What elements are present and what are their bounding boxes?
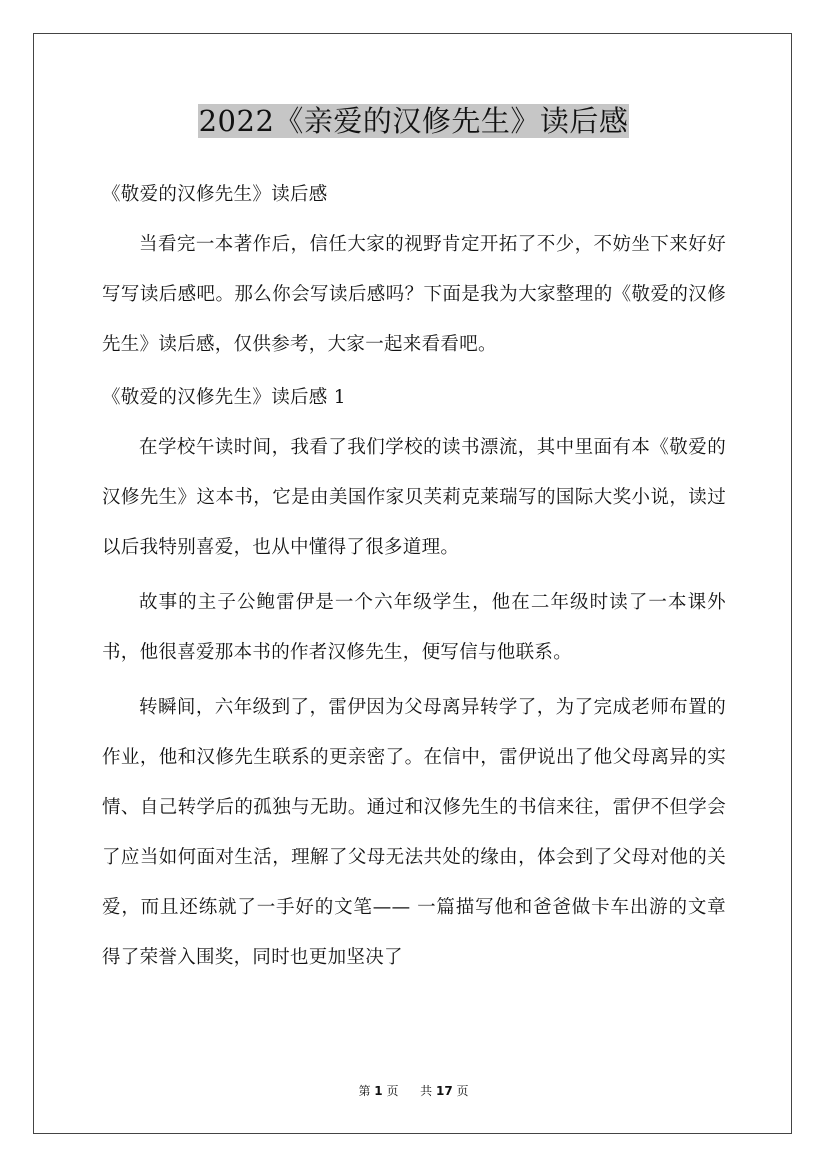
intro-paragraph: 当看完一本著作后，信任大家的视野肯定开拓了不少，不妨坐下来好好写写读后感吧。那么… bbox=[102, 220, 726, 370]
total-suffix: 页 bbox=[457, 1084, 469, 1098]
section-heading: 《敬爱的汉修先生》读后感 bbox=[102, 172, 726, 218]
section-heading: 《敬爱的汉修先生》读后感 1 bbox=[102, 375, 726, 421]
body-paragraph: 转瞬间，六年级到了，雷伊因为父母离异转学了，为了完成老师布置的作业，他和汉修先生… bbox=[102, 683, 726, 983]
page-prefix: 第 bbox=[358, 1084, 370, 1098]
body-paragraph: 故事的主子公鲍雷伊是一个六年级学生，他在二年级时读了一本课外书，他很喜爱那本书的… bbox=[102, 578, 726, 678]
page-footer: 第 1 页 共 17 页 bbox=[0, 1082, 827, 1099]
page-suffix: 页 bbox=[386, 1084, 398, 1098]
total-prefix: 共 bbox=[420, 1084, 432, 1098]
document-title: 2022《亲爱的汉修先生》读后感 bbox=[0, 102, 827, 141]
body-paragraph: 在学校午读时间，我看了我们学校的读书漂流，其中里面有本《敬爱的汉修先生》这本书，… bbox=[102, 423, 726, 573]
total-pages: 17 bbox=[436, 1084, 453, 1098]
document-body: 《敬爱的汉修先生》读后感 当看完一本著作后，信任大家的视野肯定开拓了不少，不妨坐… bbox=[102, 172, 726, 988]
page-number: 1 bbox=[374, 1084, 382, 1098]
document-title-text: 2022《亲爱的汉修先生》读后感 bbox=[198, 104, 630, 138]
